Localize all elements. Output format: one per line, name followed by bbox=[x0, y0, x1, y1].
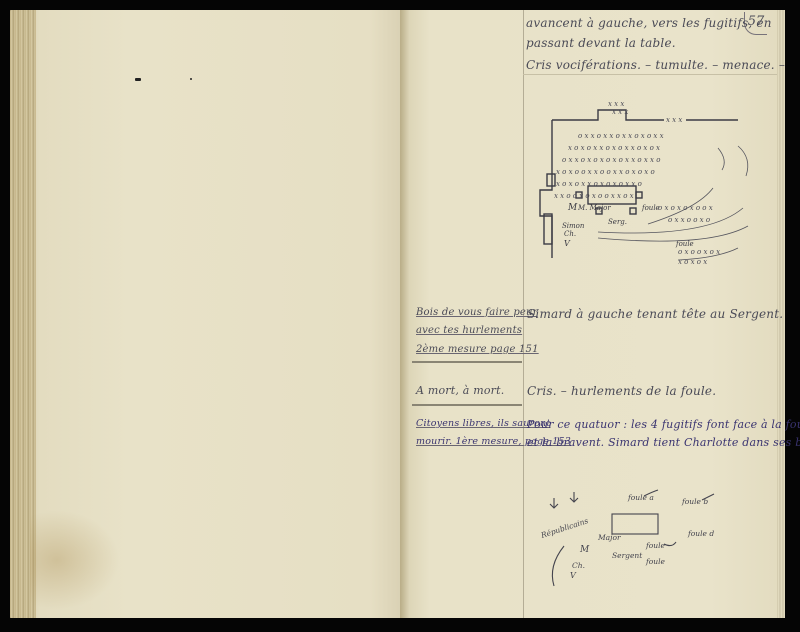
stage-diagram-top: x x xx x x x x x o x x o x x o x x o x o… bbox=[538, 98, 778, 268]
svg-text:V: V bbox=[564, 239, 571, 248]
svg-text:foule a: foule a bbox=[627, 493, 654, 502]
svg-text:x x x: x x x bbox=[608, 100, 624, 108]
svg-text:Ch.: Ch. bbox=[564, 230, 576, 238]
paper-stain bbox=[30, 510, 120, 610]
svg-text:foule d: foule d bbox=[687, 529, 714, 538]
ink-speck bbox=[135, 78, 141, 81]
svg-text:x x x: x x x bbox=[666, 116, 682, 124]
svg-text:o x o o x o x: o x o o x o x bbox=[678, 248, 720, 256]
svg-text:M: M bbox=[579, 545, 590, 555]
cue-line: 2ème mesure page 151 bbox=[416, 344, 539, 355]
svg-text:o x o x o x o o x: o x o x o x o o x bbox=[658, 204, 713, 212]
svg-text:foule b: foule b bbox=[681, 497, 708, 506]
ink-speck bbox=[190, 78, 192, 80]
action-line: et la bravent. Simard tient Charlotte da… bbox=[527, 436, 800, 449]
svg-text:Simon: Simon bbox=[562, 222, 585, 230]
svg-text:Major: Major bbox=[597, 533, 621, 542]
action-line: Pour ce quatuor : les 4 fugitifs font fa… bbox=[527, 418, 800, 431]
stage-diagram-bottom: Républicains Major Sergent foule a foule… bbox=[534, 486, 734, 596]
svg-text:foule: foule bbox=[641, 204, 660, 212]
svg-text:x o x o x x o x o x o x: x o x o x x o x o x o x x o bbox=[556, 180, 642, 188]
svg-text:x o x o x x o x o x x o x o: x o x o x x o x o x x o x o x bbox=[568, 144, 660, 152]
svg-text:o x x o x o x o x o x x o x: o x x o x o x o x o x x o x x o bbox=[562, 156, 660, 164]
action-line: Simard à gauche tenant tête au Sergent. bbox=[527, 307, 783, 321]
svg-text:o x x o x x o x x o x o x x: o x x o x x o x x o x o x x bbox=[578, 132, 664, 140]
left-page bbox=[10, 10, 405, 618]
svg-text:foule: foule bbox=[645, 541, 666, 550]
svg-text:foule: foule bbox=[645, 557, 666, 566]
right-page: 57 avancent à gauche, vers les fugitifs,… bbox=[410, 10, 785, 618]
cue-line: Bois de vous faire peur bbox=[416, 307, 538, 318]
text-line: passant devant la table. bbox=[526, 36, 676, 50]
svg-text:x o x o o x x o o x x o x o: x o x o o x x o o x x o x o x o bbox=[556, 168, 655, 176]
svg-text:V: V bbox=[570, 571, 577, 580]
svg-text:Serg.: Serg. bbox=[608, 218, 627, 226]
action-line: Cris. – hurlements de la foule. bbox=[527, 384, 716, 398]
svg-text:foule: foule bbox=[675, 240, 694, 248]
manuscript-spread: 57 avancent à gauche, vers les fugitifs,… bbox=[0, 0, 800, 632]
svg-text:x x x: x x x bbox=[612, 108, 628, 116]
svg-text:x o x o x: x o x o x bbox=[678, 258, 707, 266]
divider bbox=[412, 361, 522, 363]
svg-text:o x x o o x o: o x x o o x o bbox=[668, 216, 710, 224]
text-line: Cris vociférations. – tumulte. – menace.… bbox=[526, 58, 785, 72]
svg-text:Républicains: Républicains bbox=[539, 516, 590, 540]
svg-text:Sergent: Sergent bbox=[612, 551, 643, 560]
svg-text:x x o o x o x o o x x o x: x x o o x o x o o x x o x bbox=[554, 192, 634, 200]
cue-line: A mort, à mort. bbox=[416, 384, 504, 397]
svg-text:M. Major: M. Major bbox=[577, 204, 611, 212]
divider bbox=[523, 74, 777, 75]
label-major: M bbox=[567, 203, 578, 213]
divider bbox=[412, 404, 522, 406]
cue-line: avec tes hurlements bbox=[416, 325, 522, 336]
svg-text:Ch.: Ch. bbox=[572, 561, 585, 570]
text-line: avancent à gauche, vers les fugitifs, en bbox=[526, 16, 772, 30]
